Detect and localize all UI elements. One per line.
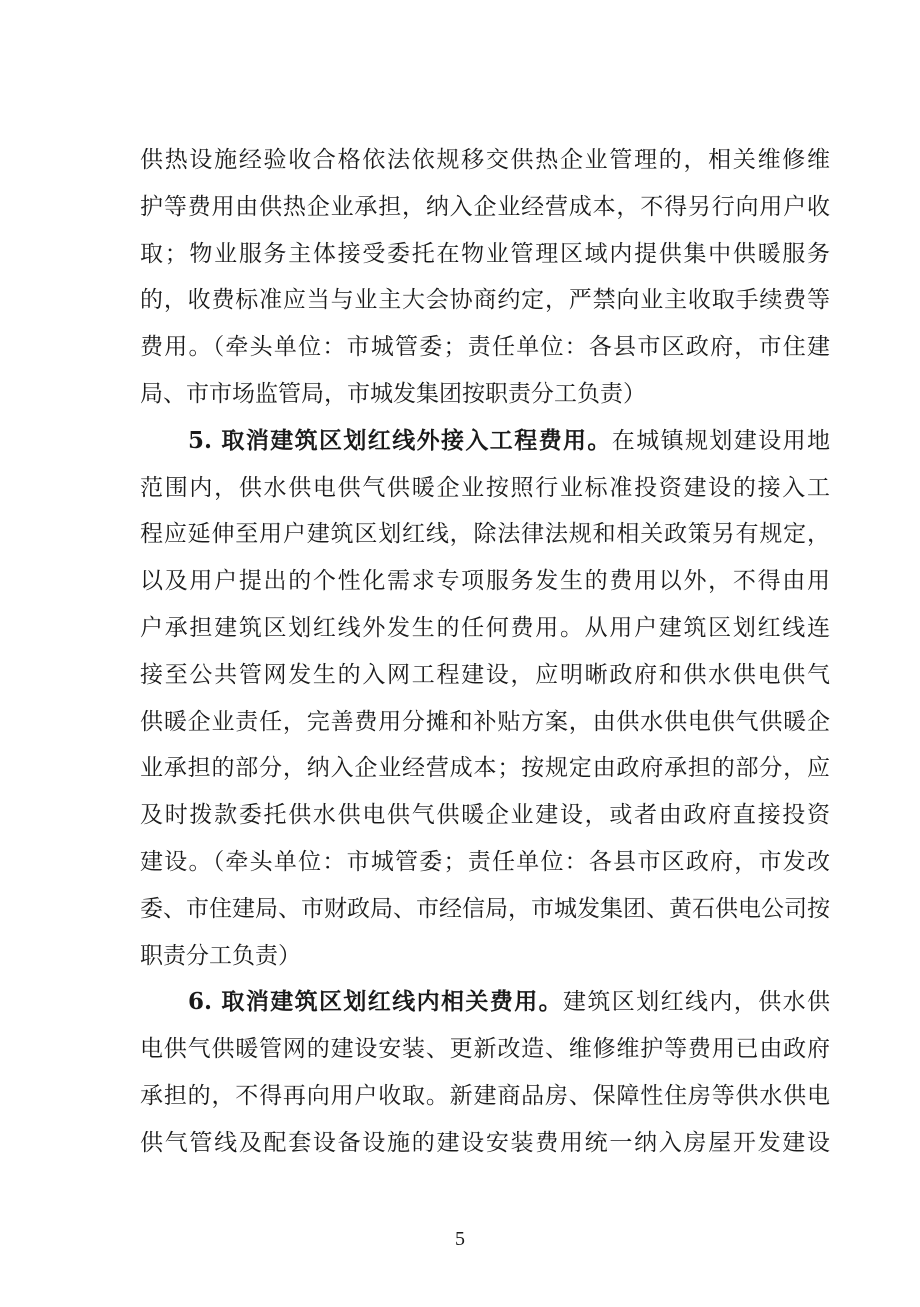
text-line: 职责分工负责） [140,933,830,980]
text-line: 取；物业服务主体接受委托在物业管理区域内提供集中供暖服务 [140,231,830,278]
section-5-heading: 5. 取消建筑区划红线外接入工程费用。 [188,427,612,454]
section-5-lead-text: 在城镇规划建设用地 [612,428,830,454]
text-line: 以及用户提出的个性化需求专项服务发生的费用以外，不得由用 [140,558,830,605]
text-line: 业承担的部分，纳入企业经营成本；按规定由政府承担的部分，应 [140,745,830,792]
section-6-first-line: 6. 取消建筑区划红线内相关费用。建筑区划红线内，供水供 [140,979,830,1026]
text-line: 户承担建筑区划红线外发生的任何费用。从用户建筑区划红线连 [140,605,830,652]
text-line: 范围内，供水供电供气供暖企业按照行业标准投资建设的接入工 [140,465,830,512]
page-number: 5 [0,1228,920,1251]
text-line: 的，收费标准应当与业主大会协商约定，严禁向业主收取手续费等 [140,277,830,324]
document-page: 供热设施经验收合格依法依规移交供热企业管理的，相关维修维 护等费用由供热企业承担… [0,0,920,1307]
text-line: 及时拨款委托供水供电供气供暖企业建设，或者由政府直接投资 [140,792,830,839]
text-line: 电供气供暖管网的建设安装、更新改造、维修维护等费用已由政府 [140,1026,830,1073]
text-line: 程应延伸至用户建筑区划红线，除法律法规和相关政策另有规定， [140,511,830,558]
text-line: 建设。（牵头单位：市城管委；责任单位：各县市区政府，市发改 [140,839,830,886]
text-line: 承担的，不得再向用户收取。新建商品房、保障性住房等供水供电 [140,1073,830,1120]
text-line: 供暖企业责任，完善费用分摊和补贴方案，由供水供电供气供暖企 [140,699,830,746]
text-line: 费用。（牵头单位：市城管委；责任单位：各县市区政府，市住建 [140,324,830,371]
text-line: 供热设施经验收合格依法依规移交供热企业管理的，相关维修维 [140,137,830,184]
text-line: 接至公共管网发生的入网工程建设，应明晰政府和供水供电供气 [140,652,830,699]
section-6-lead-text: 建筑区划红线内，供水供 [563,989,830,1015]
section-6-heading: 6. 取消建筑区划红线内相关费用。 [188,988,563,1015]
section-5-first-line: 5. 取消建筑区划红线外接入工程费用。在城镇规划建设用地 [140,418,830,465]
text-line: 局、市市场监管局，市城发集团按职责分工负责） [140,371,830,418]
text-line: 供气管线及配套设备设施的建设安装费用统一纳入房屋开发建设 [140,1120,830,1167]
text-line: 委、市住建局、市财政局、市经信局，市城发集团、黄石供电公司按 [140,886,830,933]
text-line: 护等费用由供热企业承担，纳入企业经营成本，不得另行向用户收 [140,184,830,231]
body-text: 供热设施经验收合格依法依规移交供热企业管理的，相关维修维 护等费用由供热企业承担… [140,137,830,1167]
